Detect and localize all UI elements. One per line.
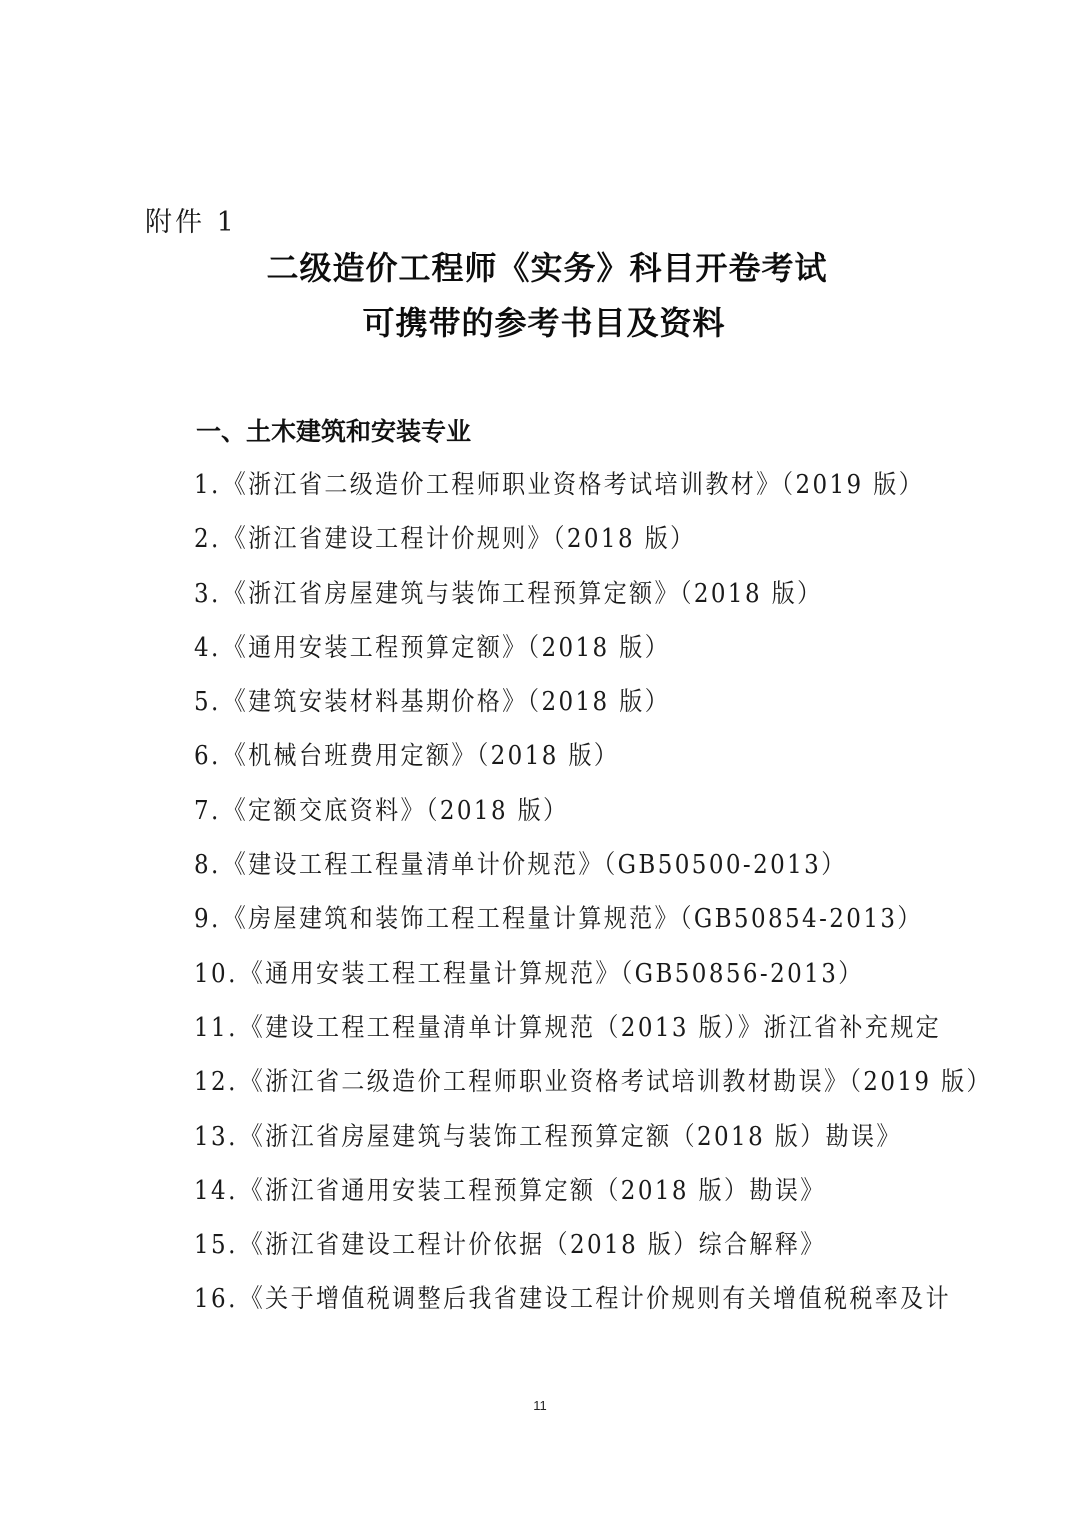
page-number: 11	[0, 1398, 1080, 1413]
document-title-line-1: 二级造价工程师《实务》科目开卷考试	[7, 243, 1080, 289]
item-text: 《建筑安装材料基期价格》（2018 版）	[223, 688, 670, 717]
list-item: 5.《建筑安装材料基期价格》（2018 版）	[194, 683, 992, 744]
list-item: 10.《通用安装工程工程量计算规范》（GB50856-2013）	[194, 955, 992, 1016]
item-text: 《浙江省建设工程计价规则》（2018 版）	[223, 525, 696, 554]
item-text: 《关于增值税调整后我省建设工程计价规则有关增值税税率及计	[240, 1285, 951, 1314]
attachment-label: 附件 1	[145, 200, 237, 239]
item-number: 9.	[194, 905, 221, 934]
item-number: 5.	[194, 688, 221, 717]
item-text: 《定额交底资料》（2018 版）	[223, 796, 569, 825]
item-text: 《建设工程工程量清单计算规范（2013 版）》浙江省补充规定	[240, 1013, 941, 1042]
item-text: 《浙江省建设工程计价依据（2018 版）综合解释》	[240, 1231, 826, 1260]
item-number: 2.	[194, 525, 221, 554]
list-item: 15.《浙江省建设工程计价依据（2018 版）综合解释》	[194, 1226, 992, 1287]
list-item: 7.《定额交底资料》（2018 版）	[194, 792, 992, 853]
list-item: 3.《浙江省房屋建筑与装饰工程预算定额》（2018 版）	[194, 575, 992, 636]
item-text: 《机械台班费用定额》（2018 版）	[223, 742, 620, 771]
list-item: 13.《浙江省房屋建筑与装饰工程预算定额（2018 版）勘误》	[194, 1118, 992, 1179]
item-number: 12.	[194, 1068, 238, 1097]
item-number: 11.	[194, 1013, 238, 1042]
item-number: 16.	[194, 1285, 238, 1314]
list-item: 4.《通用安装工程预算定额》（2018 版）	[194, 629, 992, 690]
section-heading: 一、土木建筑和安装专业	[196, 412, 471, 448]
item-number: 7.	[194, 796, 221, 825]
document-title-line-2: 可携带的参考书目及资料	[4, 298, 1080, 344]
item-text: 《通用安装工程工程量计算规范》（GB50856-2013）	[240, 959, 864, 988]
item-number: 4.	[194, 633, 221, 662]
list-item: 6.《机械台班费用定额》（2018 版）	[194, 737, 992, 798]
list-item: 12.《浙江省二级造价工程师职业资格考试培训教材勘误》（2019 版）	[194, 1063, 992, 1124]
item-text: 《建设工程工程量清单计价规范》（GB50500-2013）	[223, 851, 847, 880]
reference-list: 1.《浙江省二级造价工程师职业资格考试培训教材》（2019 版） 2.《浙江省建…	[194, 466, 992, 1335]
list-item: 11.《建设工程工程量清单计算规范（2013 版）》浙江省补充规定	[194, 1009, 992, 1070]
item-number: 13.	[194, 1122, 238, 1151]
item-text: 《浙江省二级造价工程师职业资格考试培训教材》（2019 版）	[223, 470, 924, 499]
item-number: 3.	[194, 579, 221, 608]
item-number: 8.	[194, 851, 221, 880]
item-text: 《浙江省二级造价工程师职业资格考试培训教材勘误》（2019 版）	[240, 1068, 992, 1097]
item-text: 《浙江省房屋建筑与装饰工程预算定额》（2018 版）	[223, 579, 823, 608]
item-text: 《房屋建筑和装饰工程工程量计算规范》（GB50854-2013）	[223, 905, 923, 934]
list-item: 16.《关于增值税调整后我省建设工程计价规则有关增值税税率及计	[194, 1280, 992, 1341]
list-item: 1.《浙江省二级造价工程师职业资格考试培训教材》（2019 版）	[194, 466, 992, 527]
item-text: 《通用安装工程预算定额》（2018 版）	[223, 633, 670, 662]
item-number: 1.	[194, 470, 221, 499]
list-item: 9.《房屋建筑和装饰工程工程量计算规范》（GB50854-2013）	[194, 900, 992, 961]
item-number: 14.	[194, 1176, 238, 1205]
item-number: 15.	[194, 1231, 238, 1260]
item-number: 6.	[194, 742, 221, 771]
item-text: 《浙江省通用安装工程预算定额（2018 版）勘误》	[240, 1176, 826, 1205]
item-number: 10.	[194, 959, 238, 988]
list-item: 14.《浙江省通用安装工程预算定额（2018 版）勘误》	[194, 1172, 992, 1233]
list-item: 2.《浙江省建设工程计价规则》（2018 版）	[194, 520, 992, 581]
list-item: 8.《建设工程工程量清单计价规范》（GB50500-2013）	[194, 846, 992, 907]
item-text: 《浙江省房屋建筑与装饰工程预算定额（2018 版）勘误》	[240, 1122, 902, 1151]
